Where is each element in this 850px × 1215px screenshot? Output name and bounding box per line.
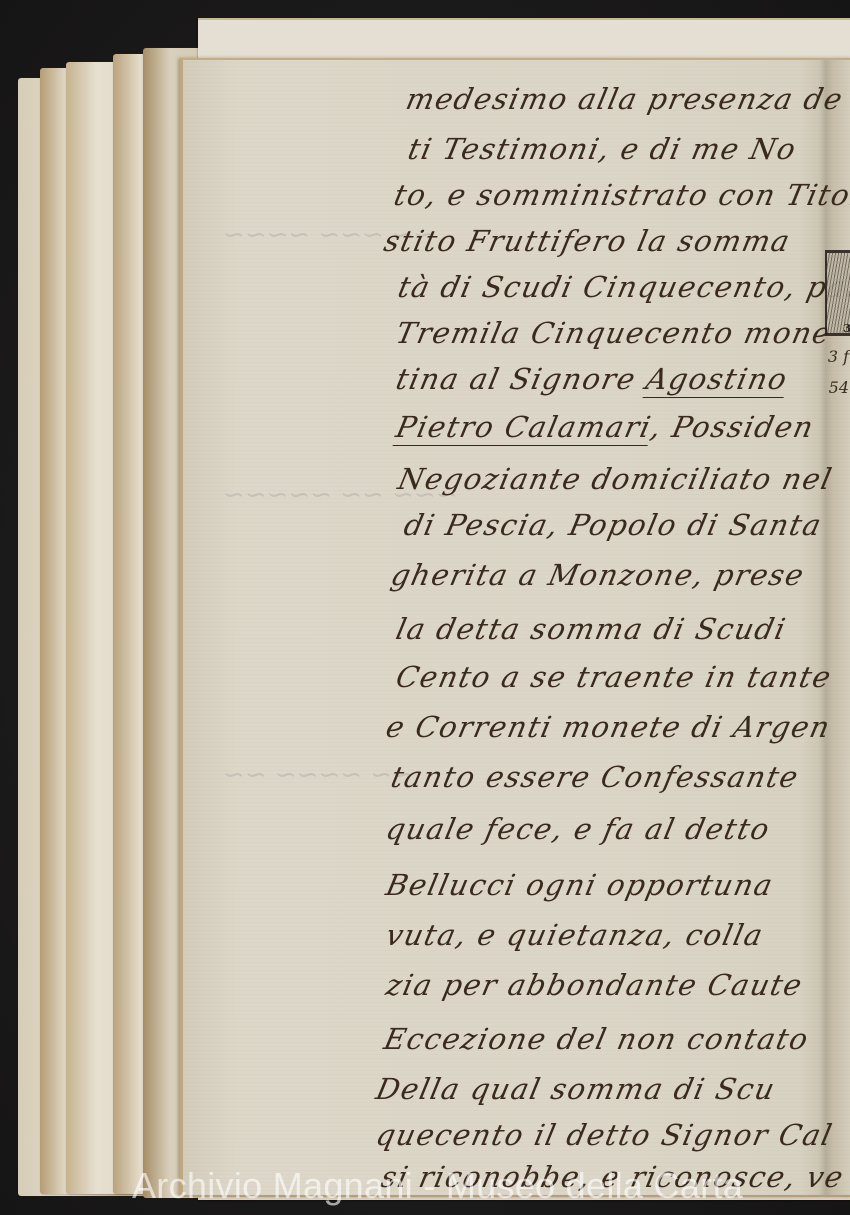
text-line-start: tina al Signore [393, 362, 650, 396]
text-line-end: , Possiden [648, 410, 818, 444]
underlined-name: Agostino [643, 362, 792, 398]
text-line: Cento a se traente in tante [393, 660, 835, 694]
text-line: tina al Signore Agostino [393, 362, 791, 396]
text-line: ti Testimoni, e di me No [405, 132, 800, 166]
text-line: quecento il detto Signor Cal [373, 1118, 836, 1152]
text-line: Negoziante domiciliato nel [395, 462, 836, 496]
margin-note: 3 f [828, 347, 849, 366]
text-line: to, e somministrato con Titolo [391, 178, 850, 212]
text-line: medesimo alla presenza de [403, 82, 847, 116]
text-line: quale fece, e fa al detto [383, 812, 774, 846]
text-line: e Correnti monete di Argen [383, 710, 834, 744]
handwritten-text: medesimo alla presenza de ti Testimoni, … [183, 60, 850, 1195]
stamp-number: 3 [843, 322, 850, 335]
text-line: vuta, e quietanza, colla [383, 918, 767, 952]
text-line: Bellucci ogni opportuna [383, 868, 777, 902]
manuscript-page: ~~ ~~~ ~~~~ ~~~ ~~ ~~~~~ ~~ ~~~~ ~~ mede… [180, 58, 850, 1197]
text-line: gherita a Monzone, prese [388, 558, 808, 592]
text-line: di Pescia, Popolo di Santa [401, 508, 825, 542]
text-line: Pietro Calamari, Possiden [393, 410, 818, 444]
margin-note: 54 [829, 378, 849, 397]
text-line: la detta somma di Scudi [393, 612, 790, 646]
text-line: stito Fruttifero la somma [381, 224, 794, 258]
text-line: tà di Scudi Cinquecento, pari [395, 270, 850, 304]
text-line: zia per abbondante Caute [383, 968, 806, 1002]
text-line: tanto essere Confessante [388, 760, 802, 794]
manuscript-photo: ~~ ~~~ ~~~~ ~~~ ~~ ~~~~~ ~~ ~~~~ ~~ mede… [0, 0, 850, 1215]
text-line: Eccezione del non contato [381, 1022, 812, 1056]
underlined-name: Pietro Calamari [393, 410, 655, 446]
text-line: Tremila Cinquecento mone [393, 316, 835, 350]
text-line: Della qual somma di Scu [373, 1072, 779, 1106]
archive-watermark: Archivio Magnani - Museo della Carta [132, 1165, 743, 1207]
